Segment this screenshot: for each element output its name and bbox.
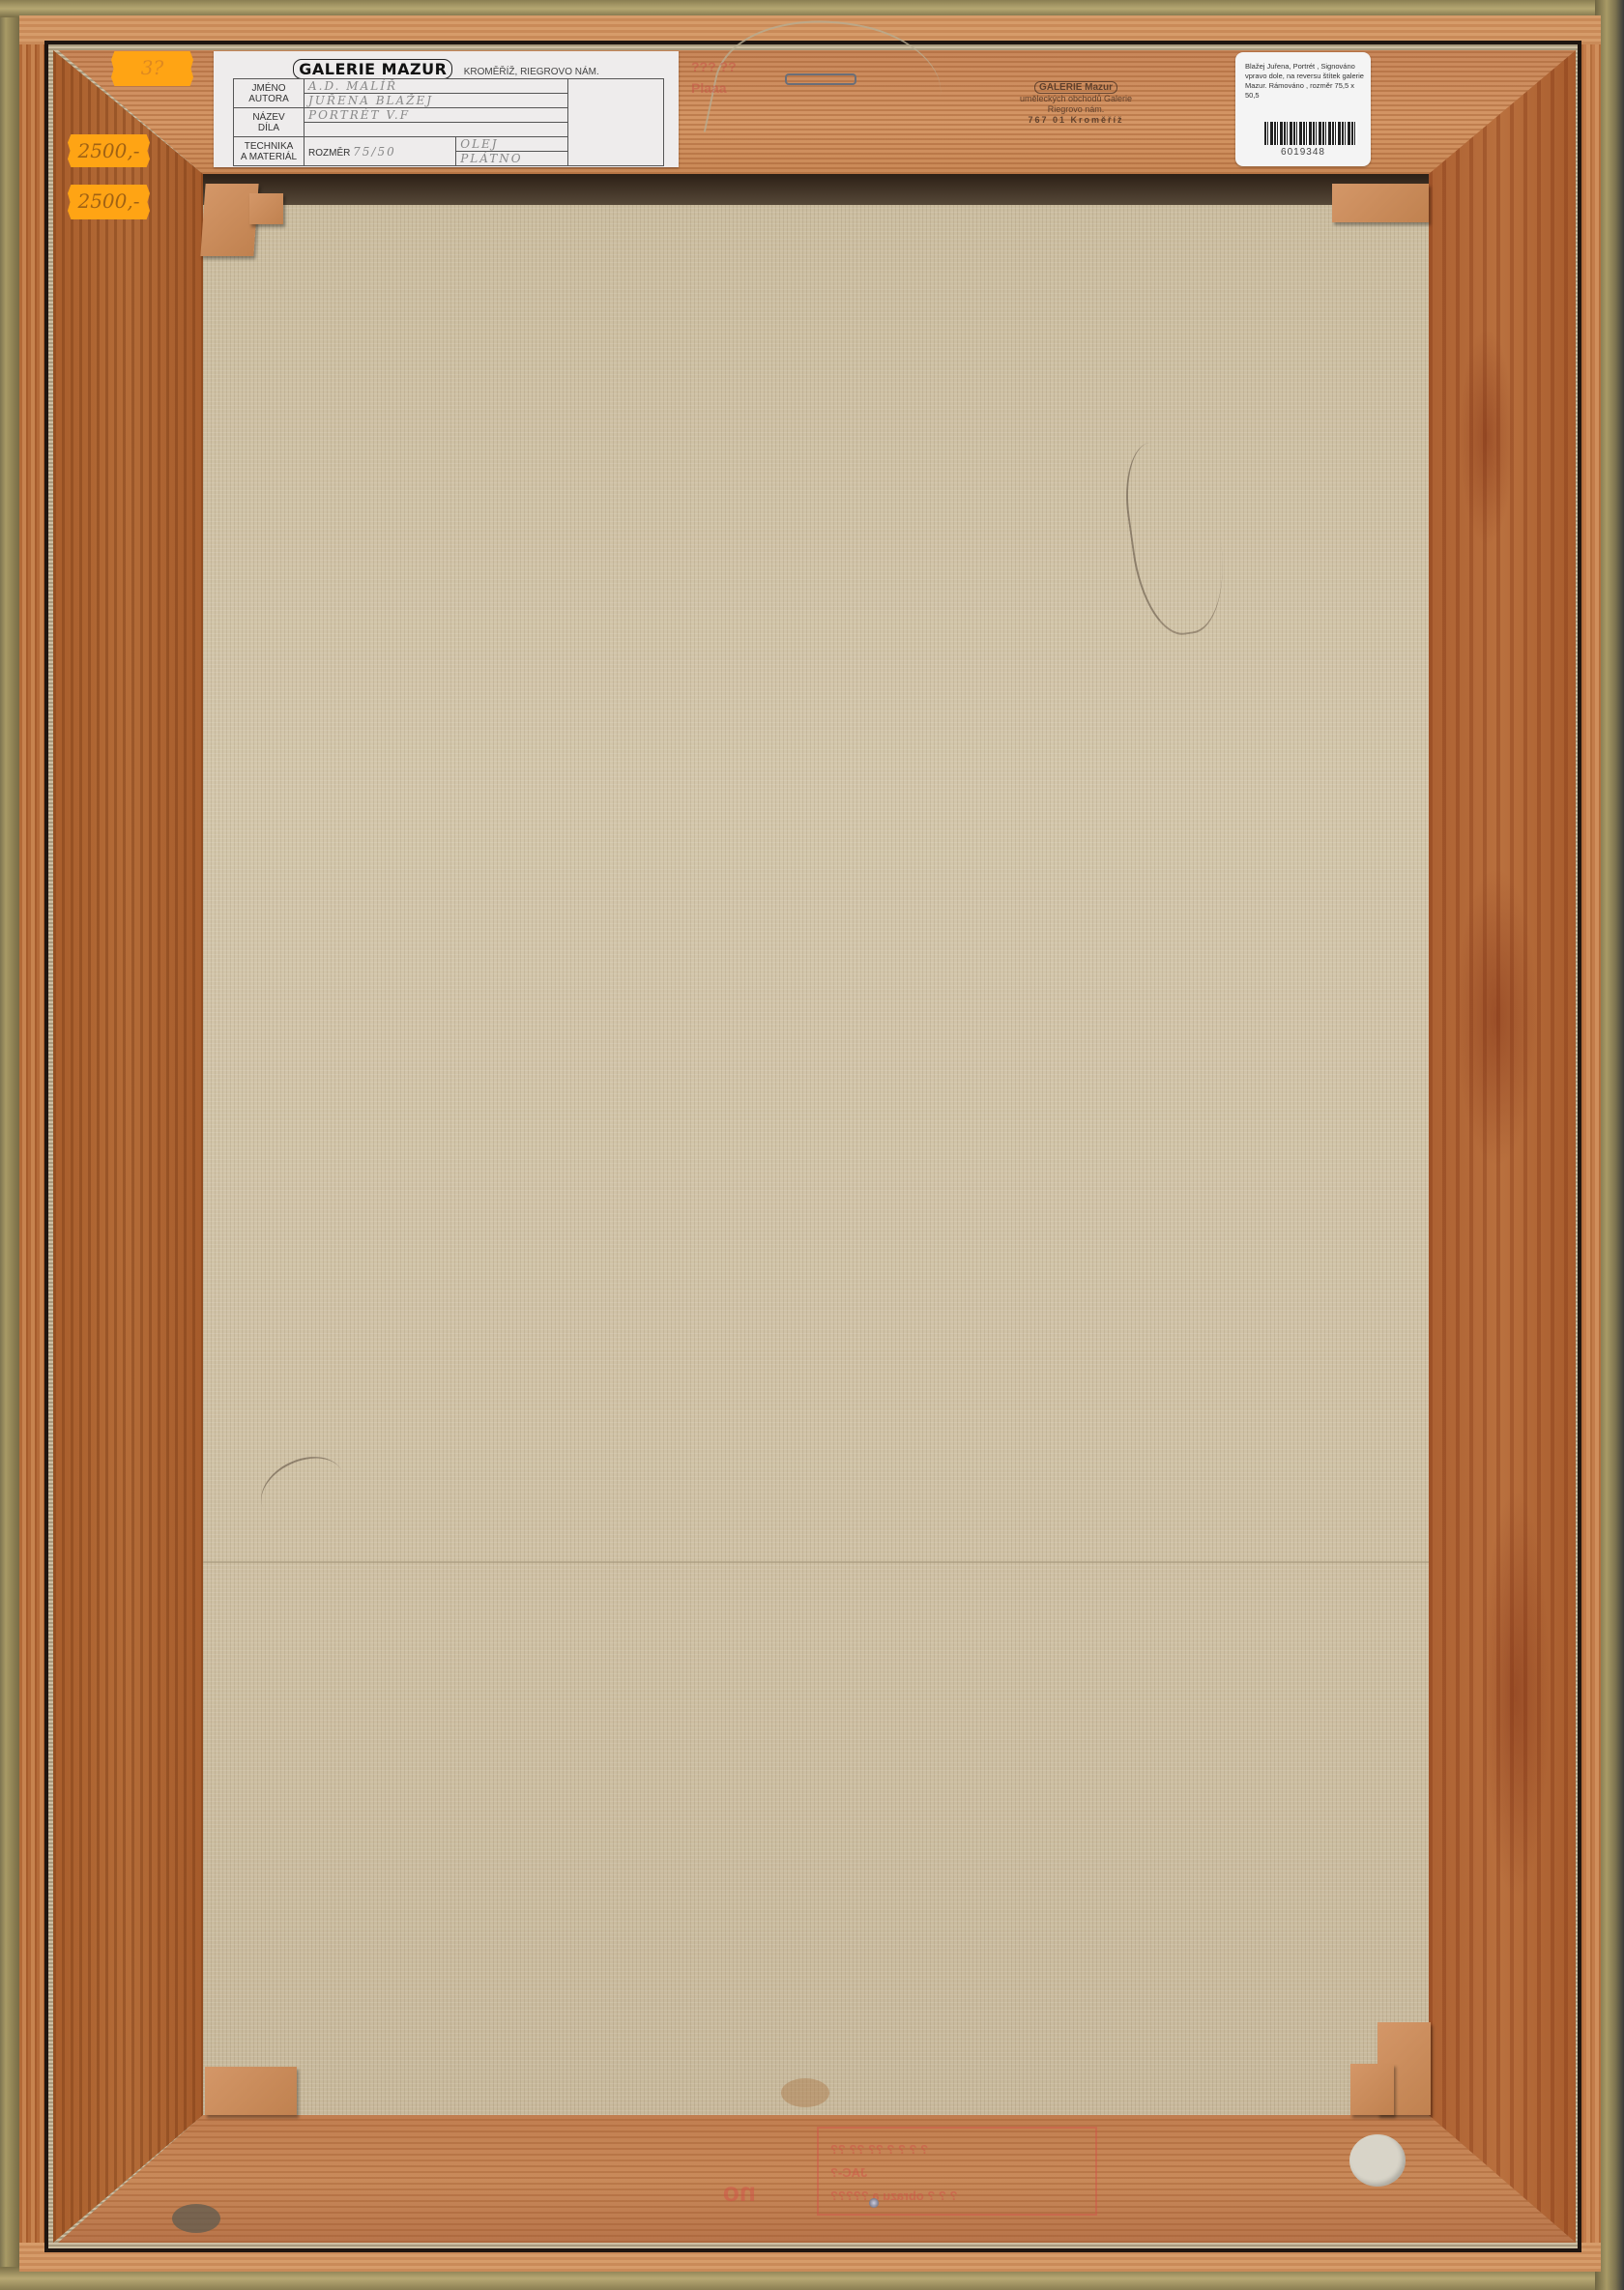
price-sticker: 2500,- xyxy=(68,134,150,167)
author-value-line2: JUŘENA BLAŽEJ xyxy=(304,94,568,108)
red-stamp-top-line2: Plaaa xyxy=(691,77,788,99)
dark-stain xyxy=(172,2204,220,2233)
material-line2: PLÁTNO xyxy=(456,152,568,166)
barcode-number: 6019348 xyxy=(1235,147,1371,158)
label-technique: TECHNIKAA MATERIÁL xyxy=(234,137,304,166)
price-sticker: 3? xyxy=(111,51,193,86)
auction-barcode-sticker: Blažej Juřena, Portrét , Signováno vprav… xyxy=(1235,52,1371,166)
corner-key-top-left-small xyxy=(249,193,283,224)
stretcher-bar-right xyxy=(1429,50,1576,2243)
label-title: NÁZEVDÍLA xyxy=(234,108,304,137)
screw-icon xyxy=(869,2198,879,2208)
gallery-address: KROMĚŘÍŽ, RIEGROVO NÁM. xyxy=(464,67,599,77)
auction-description: Blažej Juřena, Portrét , Signováno vprav… xyxy=(1245,62,1365,101)
plaster-blob xyxy=(1349,2134,1406,2187)
stretcher-bar-left xyxy=(53,50,203,2243)
corner-key-top-right xyxy=(1332,184,1429,222)
stamp-line3: Riegrovo nám. xyxy=(1003,104,1148,115)
corner-key-bottom-left xyxy=(205,2067,297,2115)
canvas-stain xyxy=(781,2078,829,2107)
material-line1: OLEJ xyxy=(456,137,568,152)
corner-key-bottom-right-small xyxy=(1350,2064,1394,2115)
title-value-line1: PORTRÉT V.F xyxy=(304,108,568,123)
author-value-line1: A.D. MALÍŘ xyxy=(304,79,568,94)
stamp-line2: uměleckých obchodů Galerie xyxy=(1003,94,1148,104)
gallery-label-table: JMÉNOAUTORA A.D. MALÍŘ JUŘENA BLAŽEJ NÁZ… xyxy=(233,78,664,166)
label-author: JMÉNOAUTORA xyxy=(234,79,304,108)
barcode-icon xyxy=(1264,122,1357,145)
canvas-back xyxy=(203,205,1429,2115)
red-mark-bottom: no xyxy=(698,2177,756,2216)
red-stamp-line1: ? ? ? ? ?? ?? ?? xyxy=(830,2138,1084,2161)
red-stamp-line2: JAC-? xyxy=(830,2161,1084,2185)
size-label: ROZMĚR xyxy=(308,148,350,159)
stamp-city: 767 01 Kroměříž xyxy=(1003,115,1148,126)
label-blank-column xyxy=(568,79,664,166)
canvas-fold-line xyxy=(203,1561,1429,1563)
size-cell: ROZMĚR 75/50 xyxy=(304,137,456,166)
title-value-line2 xyxy=(304,123,568,137)
red-stamp-top-line1: ??? ?? xyxy=(691,56,788,77)
size-value: 75/50 xyxy=(353,145,396,159)
gallery-ink-stamp: GALERIE Mazur uměleckých obchodů Galerie… xyxy=(1003,81,1148,130)
red-stamp-top: ??? ?? Plaaa xyxy=(691,56,788,114)
gallery-label-header: GALERIE MAZUR KROMĚŘÍŽ, RIEGROVO NÁM. xyxy=(214,59,679,79)
gallery-mazur-label: GALERIE MAZUR KROMĚŘÍŽ, RIEGROVO NÁM. JM… xyxy=(214,51,679,167)
gallery-brand: GALERIE MAZUR xyxy=(293,59,452,79)
hanging-eyelet-icon xyxy=(785,73,856,85)
stamp-brand: GALERIE Mazur xyxy=(1034,81,1117,94)
red-box-stamp-bottom: ? ? ? ? ?? ?? ?? JAC-? ? ? ? obrazu a ??… xyxy=(817,2127,1097,2216)
price-sticker: 2500,- xyxy=(68,185,150,219)
